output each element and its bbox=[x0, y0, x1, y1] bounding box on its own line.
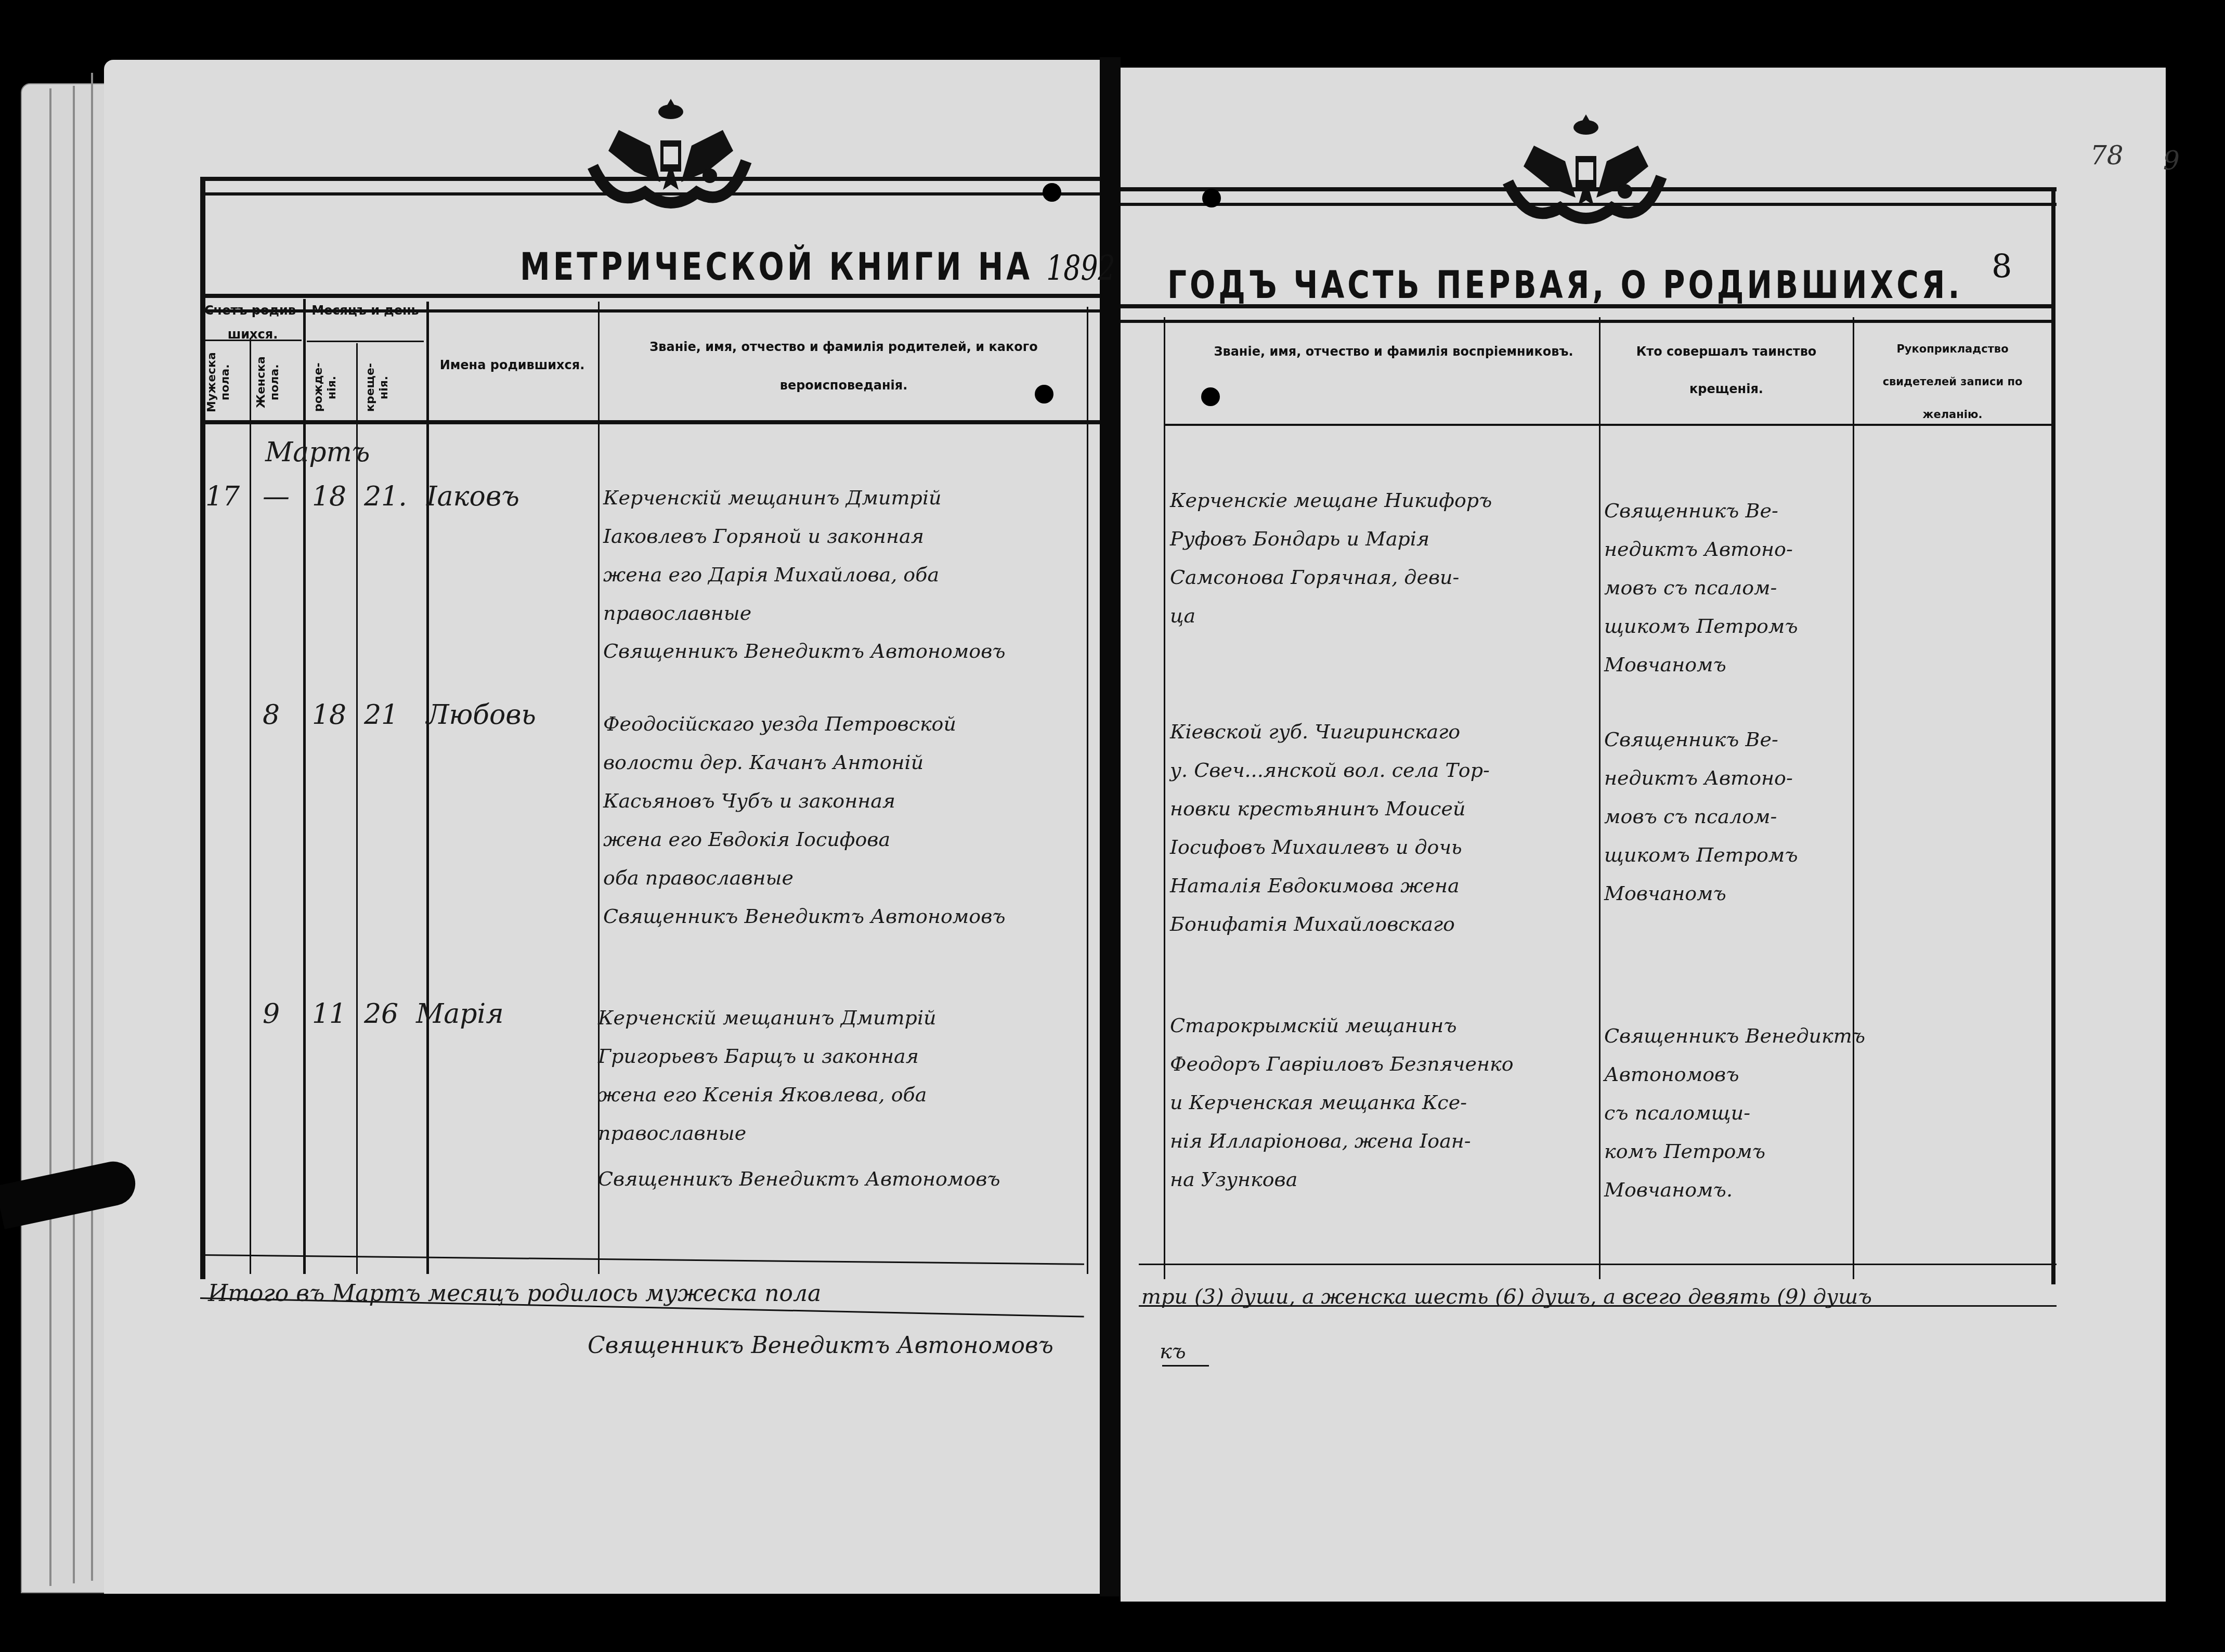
entry-godparents: Старокрымскій мещанинъ Феодоръ Гавріилов… bbox=[1170, 1006, 1514, 1199]
page-edge-line bbox=[73, 86, 75, 1583]
subheader-rule bbox=[307, 341, 424, 342]
entry-male-no: 17 bbox=[205, 471, 240, 523]
summary-signature: Священникъ Венедиктъ Автономовъ bbox=[588, 1323, 1053, 1368]
header-godparents: Званіе, имя, отчество и фамилія воспріем… bbox=[1212, 333, 1576, 370]
book-title-right: ГОДЪ ЧАСТЬ ПЕРВАЯ, О РОДИВШИХСЯ. bbox=[1167, 263, 1962, 307]
summary-total-right: три (3) души, а женска шесть (6) душъ, а… bbox=[1141, 1277, 1872, 1317]
summary-rule-top-right bbox=[1139, 1264, 2057, 1265]
entry-godparents: Кіевской губ. Чигиринскаго у. Свеч...янс… bbox=[1170, 712, 1490, 944]
col-divider bbox=[356, 343, 358, 1274]
col-divider bbox=[1599, 317, 1601, 1279]
entry-baptism-day: 26 bbox=[364, 988, 398, 1040]
entry-officiant: Священникъ Ве- недиктъ Автоно- мовъ съ п… bbox=[1604, 491, 1798, 684]
entry-birth-day: 11 bbox=[312, 988, 346, 1040]
entry-parents-signature: Священникъ Венедиктъ Автономовъ bbox=[603, 632, 1006, 670]
col-divider bbox=[426, 302, 429, 1274]
page-edge-line bbox=[49, 88, 51, 1586]
entry-godparents: Керченскіе мещане Никифоръ Руфовъ Бондар… bbox=[1170, 481, 1492, 635]
book-title-left: МЕТРИЧЕСКОЙ КНИГИ НА 1892 bbox=[520, 244, 1115, 289]
entry-child-name: Іаковъ bbox=[426, 471, 519, 523]
binding-hole-dot bbox=[1201, 387, 1220, 406]
entry-parents: Керченскій мещанинъ Дмитрій Іаковлевъ Го… bbox=[603, 478, 942, 632]
entry-child-name: Марія bbox=[416, 988, 504, 1040]
header-names: Имена родившихся. bbox=[429, 354, 595, 378]
col-divider bbox=[1087, 307, 1088, 1274]
binding-hole-dot bbox=[1202, 189, 1221, 207]
header-count-female: Женска пола. bbox=[255, 348, 299, 416]
header-witnesses: Рукоприкладство свидетелей записи по жел… bbox=[1859, 333, 2046, 431]
header-count-male: Мужеска пола. bbox=[205, 348, 247, 416]
header-count-group: Счетъ родив-шихся. bbox=[204, 299, 302, 346]
title-year-handwritten: 1892 bbox=[1046, 249, 1115, 288]
archive-folio-number: 9 bbox=[2163, 146, 2180, 176]
double-headed-eagle-crest-icon bbox=[1503, 104, 1669, 229]
header-bottom-rule-left bbox=[200, 420, 1100, 424]
header-date-birth: рожде-нія. bbox=[312, 359, 354, 416]
right-frame-border bbox=[2051, 187, 2055, 1284]
entry-baptism-day: 21. bbox=[364, 471, 407, 523]
page-number: 8 bbox=[1992, 247, 2012, 285]
summary-total-left: Итого въ Мартъ месяцъ родилось мужеска п… bbox=[208, 1271, 821, 1316]
entry-birth-day: 18 bbox=[312, 689, 346, 742]
top-frame-rule-right bbox=[1121, 187, 2057, 206]
col-divider bbox=[250, 338, 251, 1274]
header-date-baptism: креще-нія. bbox=[364, 359, 421, 416]
top-frame-rule-left bbox=[200, 177, 1100, 196]
header-date-group: Месяцъ и день bbox=[307, 299, 424, 323]
entry-parents-signature: Священникъ Венедиктъ Автономовъ bbox=[603, 897, 1006, 935]
entry-child-name: Любовь bbox=[426, 689, 536, 742]
header-top-rule-right bbox=[1121, 304, 2051, 323]
entry-parents: Феодосійскаго уезда Петровской волости д… bbox=[603, 705, 956, 897]
entry-parents-signature: Священникъ Венедиктъ Автономовъ bbox=[598, 1160, 1000, 1198]
entry-baptism-day: 21 bbox=[364, 689, 398, 742]
entry-officiant: Священникъ Ве- недиктъ Автоно- мовъ съ п… bbox=[1604, 720, 1798, 913]
entry-female-no: 8 bbox=[263, 689, 280, 742]
header-officiant: Кто совершалъ таинство крещенія. bbox=[1607, 333, 1846, 408]
archive-folio-number: 78 bbox=[2090, 140, 2124, 171]
binding-hole-dot bbox=[1043, 183, 1061, 202]
header-parents: Званіе, имя, отчество и фамилія родителе… bbox=[603, 328, 1084, 405]
signature-underline bbox=[1162, 1365, 1209, 1367]
entry-birth-day: 18 bbox=[312, 471, 346, 523]
page-edge-line bbox=[91, 73, 93, 1581]
entry-female-no: 9 bbox=[263, 988, 280, 1040]
entry-officiant: Священникъ Венедиктъ Автономовъ съ псало… bbox=[1604, 1017, 1865, 1209]
entry-parents: Керченскій мещанинъ Дмитрій Григорьевъ Б… bbox=[598, 998, 936, 1152]
col-divider bbox=[1164, 317, 1165, 1279]
entry-female-no: — bbox=[263, 471, 290, 523]
title-text: МЕТРИЧЕСКОЙ КНИГИ НА bbox=[520, 244, 1033, 289]
